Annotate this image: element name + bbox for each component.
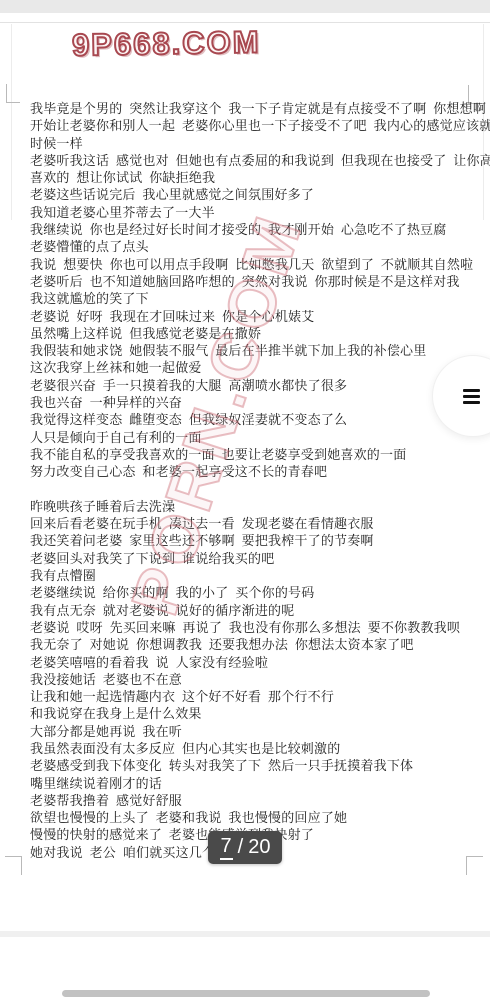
corner-mark-bottom-left: [5, 856, 22, 875]
reading-progress-bar[interactable]: [62, 990, 430, 997]
text-line: 我有点无奈 就对老婆说 说好的循序渐进的呢: [30, 602, 480, 619]
text-line: 我这就尴尬的笑了下: [30, 290, 480, 307]
text-line: 我知道老婆心里芥蒂去了一大半: [30, 204, 480, 221]
text-line: 让我和她一起选情趣内衣 这个好不好看 那个行不行: [30, 688, 480, 705]
text-line: 我假装和她求饶 她假装不服气 最后在半推半就下加上我的补偿心里: [30, 342, 480, 359]
page-current: 7: [220, 835, 233, 860]
text-line: 老婆说 好呀 我现在才回味过来 你是个心机婊艾: [30, 308, 480, 325]
text-line: 我也兴奋 一种异样的兴奋: [30, 394, 480, 411]
page-total: 20: [248, 836, 270, 859]
text-line: 我没接她话 老婆也不在意: [30, 671, 480, 688]
bottom-divider-band: [0, 931, 490, 937]
top-divider-line: [0, 22, 490, 23]
text-line: 虽然嘴上这样说 但我感觉老婆是在撒娇: [30, 325, 480, 342]
text-line: 我虽然表面没有太多反应 但内心其实也是比较刺激的: [30, 740, 480, 757]
text-line: 回来后看老婆在玩手机 凑过去一看 发现老婆在看情趣衣服: [30, 515, 480, 532]
text-line: 老婆这些话说完后 我心里就感觉之间氛围好多了: [30, 186, 480, 203]
text-line: 老婆帮我撸着 感觉好舒服: [30, 792, 480, 809]
text-line: 欲望也慢慢的上头了 老婆和我说 我也慢慢的回应了她: [30, 809, 480, 826]
top-status-band: [0, 0, 490, 13]
text-line: 我无奈了 对她说 你想调教我 还要我想办法 你想法太资本家了吧: [30, 636, 480, 653]
text-line: 我说 想要快 你也可以用点手段啊 比如憋我几天 欲望到了 不就顺其自然啦: [30, 256, 480, 273]
text-line: 我继续说 你也是经过好长时间才接受的 我才刚开始 心急吃不了热豆腐: [30, 221, 480, 238]
text-line: 老婆笑嘻嘻的看着我 说 人家没有经验啦: [30, 654, 480, 671]
text-line: 老婆回头对我笑了下说到 谁说给我买的吧: [30, 550, 480, 567]
page-text: 我毕竟是个男的 突然让我穿这个 我一下子肯定就是有点接受不了啊 你想想啊 就像我…: [30, 100, 480, 861]
text-line: 时候一样: [30, 135, 480, 152]
text-line: 老婆继续说 给你买的啊 我的小了 买个你的号码: [30, 584, 480, 601]
text-line: 老婆懵懂的点了点头: [30, 238, 480, 255]
text-line: 这次我穿上丝袜和她一起做爱: [30, 359, 480, 376]
text-line: 昨晚哄孩子睡着后去洗澡: [30, 498, 480, 515]
page-indicator-badge[interactable]: 7 / 20: [208, 831, 282, 864]
site-logo: 9P668.COM: [72, 24, 261, 63]
page-separator: /: [238, 836, 244, 859]
text-line: 和我说穿在我身上是什么效果: [30, 705, 480, 722]
text-line: [30, 481, 480, 498]
text-line: 喜欢的 想让你试试 你缺拒绝我: [30, 169, 480, 186]
corner-mark-top-left: [6, 84, 20, 103]
text-line: 开始让老婆你和别人一起 老婆你心里也一下子接受不了吧 我内心的感觉应该就是和你那: [30, 117, 480, 134]
text-line: 我觉得这样变态 雌堕变态 但我绿奴淫妻就不变态了么: [30, 411, 480, 428]
text-line: 人只是倾向于自己有利的一面: [30, 429, 480, 446]
page-edge-left: [11, 24, 12, 220]
text-line: 嘴里继续说着刚才的话: [30, 775, 480, 792]
text-line: 我还笑着问老婆 家里这些还不够啊 要把我榨干了的节奏啊: [30, 532, 480, 549]
text-line: 大部分都是她再说 我在听: [30, 723, 480, 740]
text-line: 我毕竟是个男的 突然让我穿这个 我一下子肯定就是有点接受不了啊 你想想啊 就像我…: [30, 100, 480, 117]
hamburger-icon: [463, 386, 480, 407]
text-line: 老婆听我这话 感觉也对 但她也有点委屈的和我说到 但我现在也接受了 让你高兴了 …: [30, 152, 480, 169]
text-line: 努力改变自己心态 和老婆一起享受这不长的青春吧: [30, 463, 480, 480]
text-line: 老婆很兴奋 手一只摸着我的大腿 高潮喷水都快了很多: [30, 377, 480, 394]
text-line: 老婆听后 也不知道她脑回路咋想的 突然对我说 你那时候是不是这样对我: [30, 273, 480, 290]
text-line: 我不能自私的享受我喜欢的一面 也要让老婆享受到她喜欢的一面: [30, 446, 480, 463]
text-line: 我有点懵圈: [30, 567, 480, 584]
text-line: 老婆感受到我下体变化 转头对我笑了下 然后一只手抚摸着我下体: [30, 757, 480, 774]
text-line: 老婆说 哎呀 先买回来嘛 再说了 我也没有你那么多想法 要不你教教我呗: [30, 619, 480, 636]
